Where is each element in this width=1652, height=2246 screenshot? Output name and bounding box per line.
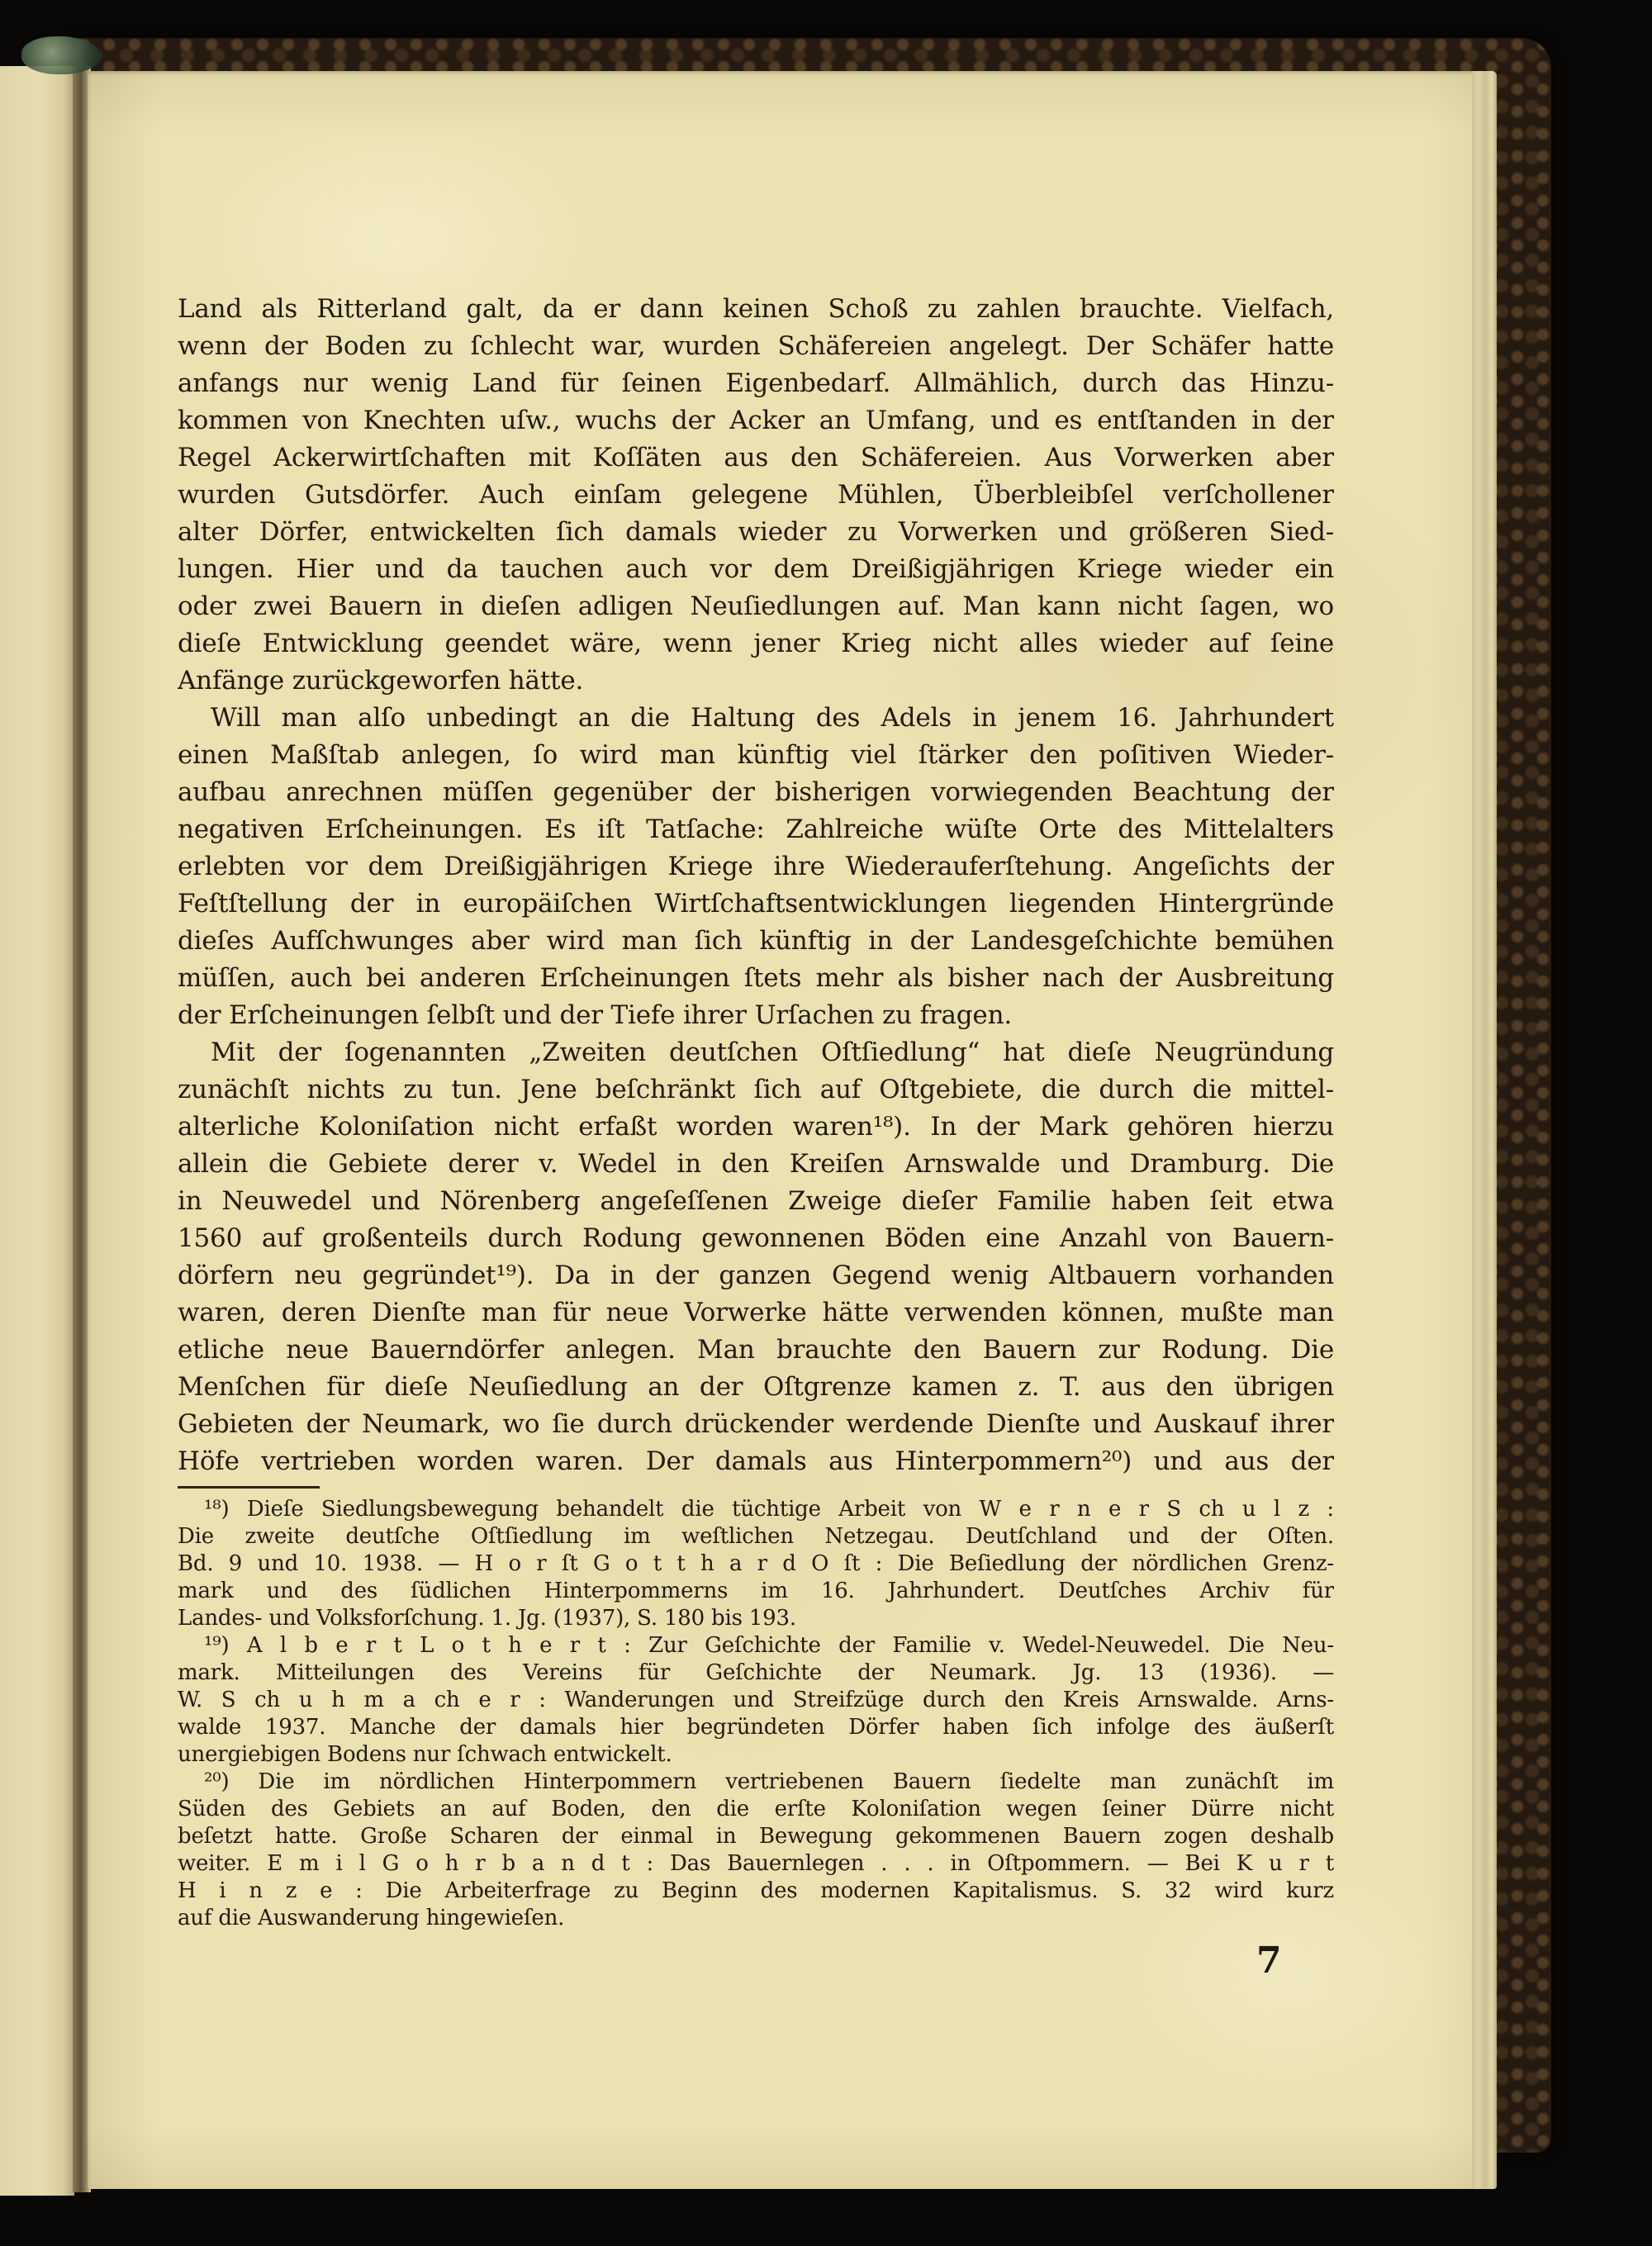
body-text-line: zunächſt nichts zu tun. Jene beſchränkt …	[178, 1071, 1334, 1109]
binding-mark	[21, 36, 101, 74]
body-text-line: erlebten vor dem Dreißigjährigen Kriege …	[178, 848, 1334, 886]
body-text-line: alter Dörfer, entwickelten ſich damals w…	[178, 514, 1334, 551]
text-block: Land als Ritterland galt, da er dann kei…	[178, 291, 1334, 1932]
body-text-line: 1560 auf großenteils durch Rodung gewonn…	[178, 1220, 1334, 1257]
body-text-line: Menſchen für dieſe Neuſiedlung an der Oſ…	[178, 1369, 1334, 1406]
body-text-line: anfangs nur wenig Land für ſeinen Eigenb…	[178, 365, 1334, 402]
footnote-line: unergiebigen Bodens nur ſchwach entwicke…	[178, 1741, 1334, 1769]
book-page: Land als Ritterland galt, da er dann kei…	[88, 71, 1497, 2189]
body-text-line: dörfern neu gegründet¹⁹). Da in der ganz…	[178, 1257, 1334, 1294]
footnote-line: Bd. 9 und 10. 1938. — H o r ſt G o t t h…	[178, 1550, 1334, 1578]
body-text-line: Regel Ackerwirtſchaften mit Koſſäten aus…	[178, 439, 1334, 477]
body-text-line: wurden Gutsdörfer. Auch einſam gelegene …	[178, 477, 1334, 514]
body-text-line: dieſes Aufſchwunges aber wird man ſich k…	[178, 923, 1334, 960]
body-text-line: einen Maßſtab anlegen, ſo wird man künft…	[178, 737, 1334, 774]
body-text-line: alterliche Koloniſation nicht erfaßt wor…	[178, 1109, 1334, 1146]
footnote-line: mark. Mitteilungen des Vereins für Geſch…	[178, 1660, 1334, 1687]
body-text-line: Mit der ſogenannten „Zweiten deutſchen O…	[178, 1034, 1334, 1071]
body-text-line: Höfe vertrieben worden waren. Der damals…	[178, 1443, 1334, 1480]
footnote-line: auf die Auswanderung hingewieſen.	[178, 1905, 1334, 1932]
footnote-line: mark und des ſüdlichen Hinterpommerns im…	[178, 1578, 1334, 1605]
footnote-line: H i n z e : Die Arbeiterfrage zu Beginn …	[178, 1878, 1334, 1905]
body-text-line: lungen. Hier und da tauchen auch vor dem…	[178, 551, 1334, 588]
footnotes-block: ¹⁸) Dieſe Siedlungsbewegung behandelt di…	[178, 1496, 1334, 1932]
footnote-line: weiter. E m i l G o h r b a n d t : Das …	[178, 1850, 1334, 1878]
body-text-line: der Erſcheinungen ſelbſt und der Tiefe i…	[178, 997, 1334, 1034]
page-edge-stack	[1472, 71, 1497, 2189]
left-page-edge	[0, 66, 74, 2196]
body-text-line: müſſen, auch bei anderen Erſcheinungen ſ…	[178, 960, 1334, 997]
footnote-line: Landes- und Volksforſchung. 1. Jg. (1937…	[178, 1605, 1334, 1632]
body-text-line: Land als Ritterland galt, da er dann kei…	[178, 291, 1334, 328]
footnote-line: ¹⁸) Dieſe Siedlungsbewegung behandelt di…	[178, 1496, 1334, 1523]
body-text-line: dieſe Entwicklung geendet wäre, wenn jen…	[178, 625, 1334, 662]
body-text-line: oder zwei Bauern in dieſen adligen Neuſi…	[178, 588, 1334, 625]
body-text-line: waren, deren Dienſte man für neue Vorwer…	[178, 1294, 1334, 1332]
body-text-line: kommen von Knechten uſw., wuchs der Acke…	[178, 402, 1334, 439]
body-text-line: aufbau anrechnen müſſen gegenüber der bi…	[178, 774, 1334, 811]
body-text-line: allein die Gebiete derer v. Wedel in den…	[178, 1146, 1334, 1183]
footnote-line: ²⁰) Die im nördlichen Hinterpommern vert…	[178, 1769, 1334, 1796]
footnote-line: ¹⁹) A l b e r t L o t h e r t : Zur Geſc…	[178, 1632, 1334, 1660]
body-text-line: Will man alſo unbedingt an die Haltung d…	[178, 700, 1334, 737]
body-text-line: wenn der Boden zu ſchlecht war, wurden S…	[178, 328, 1334, 365]
body-text-line: in Neuwedel und Nörenberg angeſeſſenen Z…	[178, 1183, 1334, 1220]
body-text-line: Feſtſtellung der in europäiſchen Wirtſch…	[178, 886, 1334, 923]
page-number: 7	[1256, 1940, 1282, 1982]
body-text-line: etliche neue Bauerndörfer anlegen. Man b…	[178, 1332, 1334, 1369]
footnote-line: beſetzt hatte. Große Scharen der einmal …	[178, 1823, 1334, 1850]
footnote-line: walde 1937. Manche der damals hier begrü…	[178, 1714, 1334, 1741]
body-text-line: Gebieten der Neumark, wo ſie durch drück…	[178, 1406, 1334, 1443]
footnote-separator	[178, 1486, 320, 1489]
footnote-line: W. S ch u h m a ch e r : Wanderungen und…	[178, 1687, 1334, 1714]
scanned-book-photo: Land als Ritterland galt, da er dann kei…	[0, 0, 1652, 2246]
body-text-line: negativen Erſcheinungen. Es iſt Tatſache…	[178, 811, 1334, 848]
footnote-line: Süden des Gebiets an auf Boden, den die …	[178, 1796, 1334, 1823]
body-text-line: Anfänge zurückgeworfen hätte.	[178, 662, 1334, 700]
footnote-line: Die zweite deutſche Oſtſiedlung im weſtl…	[178, 1523, 1334, 1550]
